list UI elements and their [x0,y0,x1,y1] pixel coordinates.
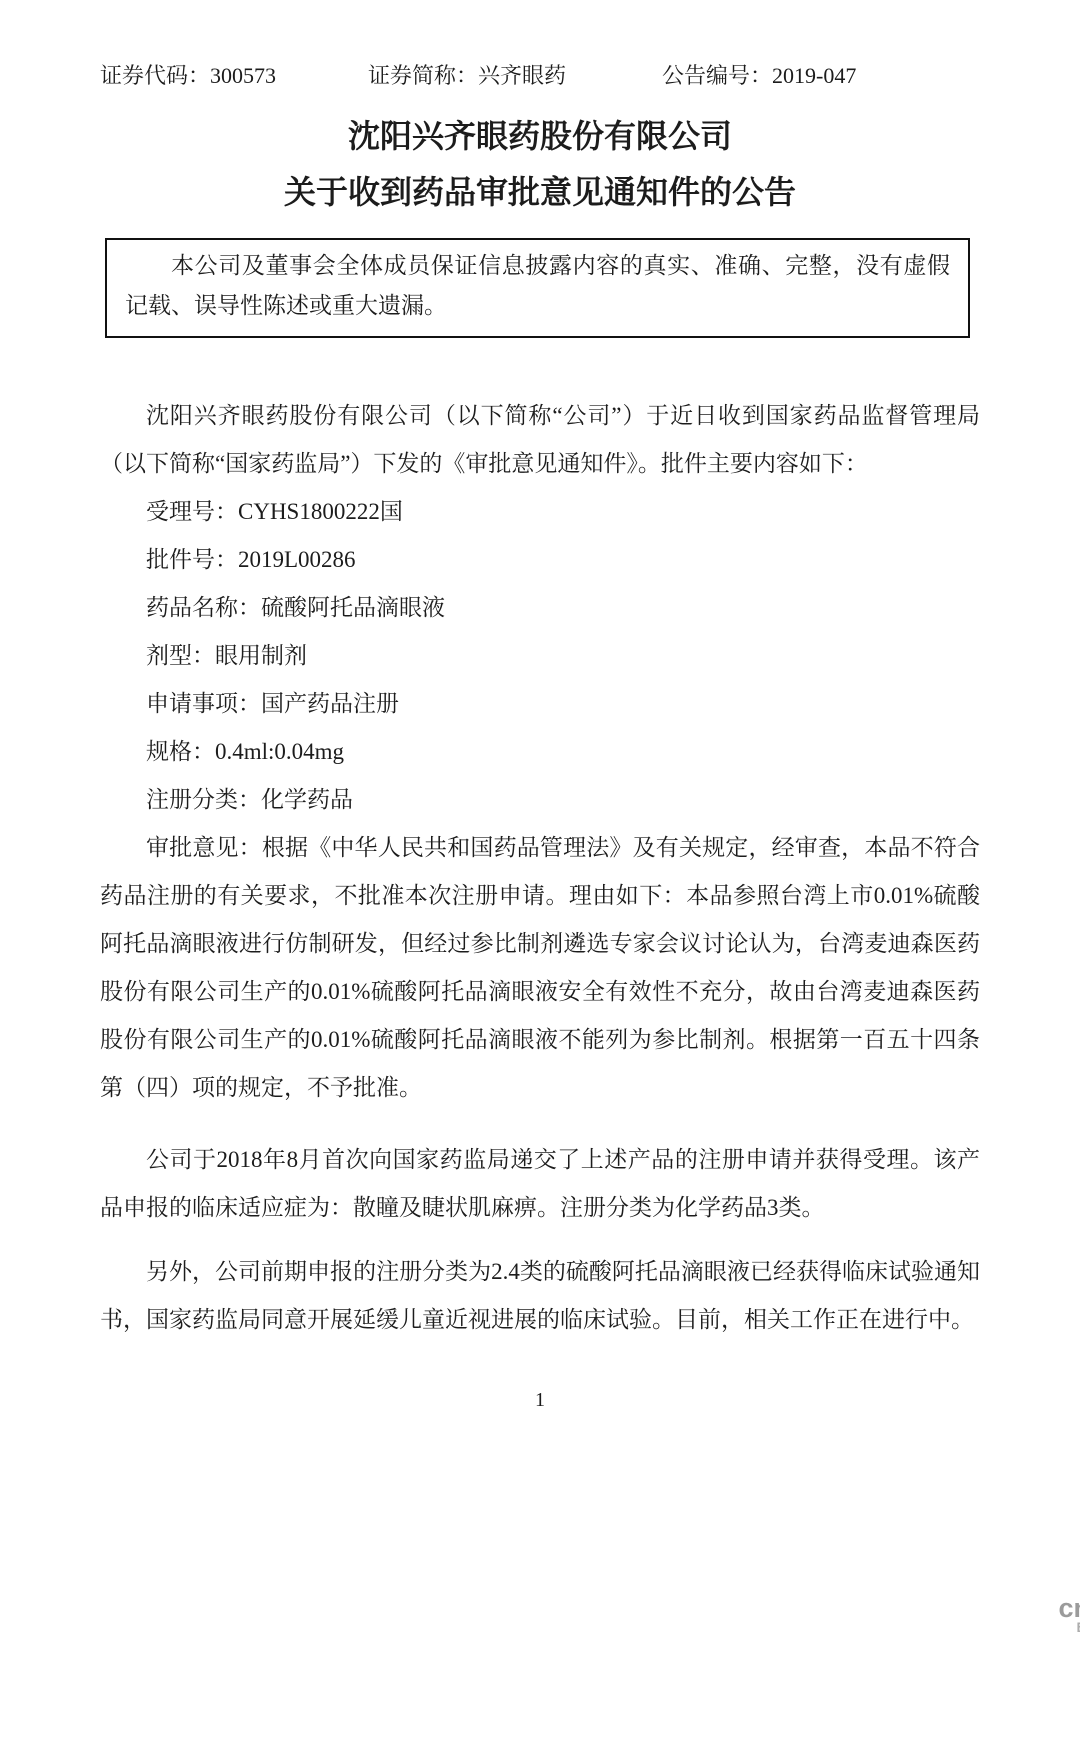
header-spacer [566,62,662,90]
stock-code: 证券代码：300573 [100,62,276,90]
document-body: 沈阳兴齐眼药股份有限公司（以下简称“公司”）于近日收到国家药品监督管理局（以下简… [100,392,980,1344]
field-approval-number: 批件号：2019L00286 [100,536,980,584]
field-acceptance-number: 受理号：CYHS1800222国 [100,488,980,536]
document-page: 证券代码：300573 证券简称：兴齐眼药 公告编号：2019-047 沈阳兴齐… [0,0,1080,1752]
cninfo-watermark: cn Б [1058,1596,1080,1634]
announcement-title: 关于收到药品审批意见通知件的公告 [100,172,980,212]
company-title: 沈阳兴齐眼药股份有限公司 [100,116,980,156]
disclaimer-box: 本公司及董事会全体成员保证信息披露内容的真实、准确、完整，没有虚假记载、误导性陈… [105,238,970,338]
field-application-item: 申请事项：国产药品注册 [100,680,980,728]
field-dosage-form: 剂型：眼用制剂 [100,632,980,680]
field-registration-class: 注册分类：化学药品 [100,776,980,824]
intro-paragraph: 沈阳兴齐眼药股份有限公司（以下简称“公司”）于近日收到国家药品监督管理局（以下简… [100,392,980,488]
disclaimer-text: 本公司及董事会全体成员保证信息披露内容的真实、准确、完整，没有虚假记载、误导性陈… [125,246,950,326]
application-history-paragraph: 公司于2018年8月首次向国家药监局递交了上述产品的注册申请并获得受理。该产品申… [100,1136,980,1232]
additional-info-paragraph: 另外，公司前期申报的注册分类为2.4类的硫酸阿托品滴眼液已经获得临床试验通知书，… [100,1248,980,1344]
stock-abbreviation: 证券简称：兴齐眼药 [368,62,566,90]
watermark-logo-text: cn [1058,1596,1080,1620]
announcement-number: 公告编号：2019-047 [662,62,856,90]
page-number: 1 [100,1388,980,1412]
approval-opinion-paragraph: 审批意见：根据《中华人民共和国药品管理法》及有关规定，经审查，本品不符合药品注册… [100,824,980,1112]
document-header-row: 证券代码：300573 证券简称：兴齐眼药 公告编号：2019-047 [100,62,980,90]
field-specification: 规格：0.4ml:0.04mg [100,728,980,776]
field-drug-name: 药品名称：硫酸阿托品滴眼液 [100,584,980,632]
header-spacer [276,62,368,90]
